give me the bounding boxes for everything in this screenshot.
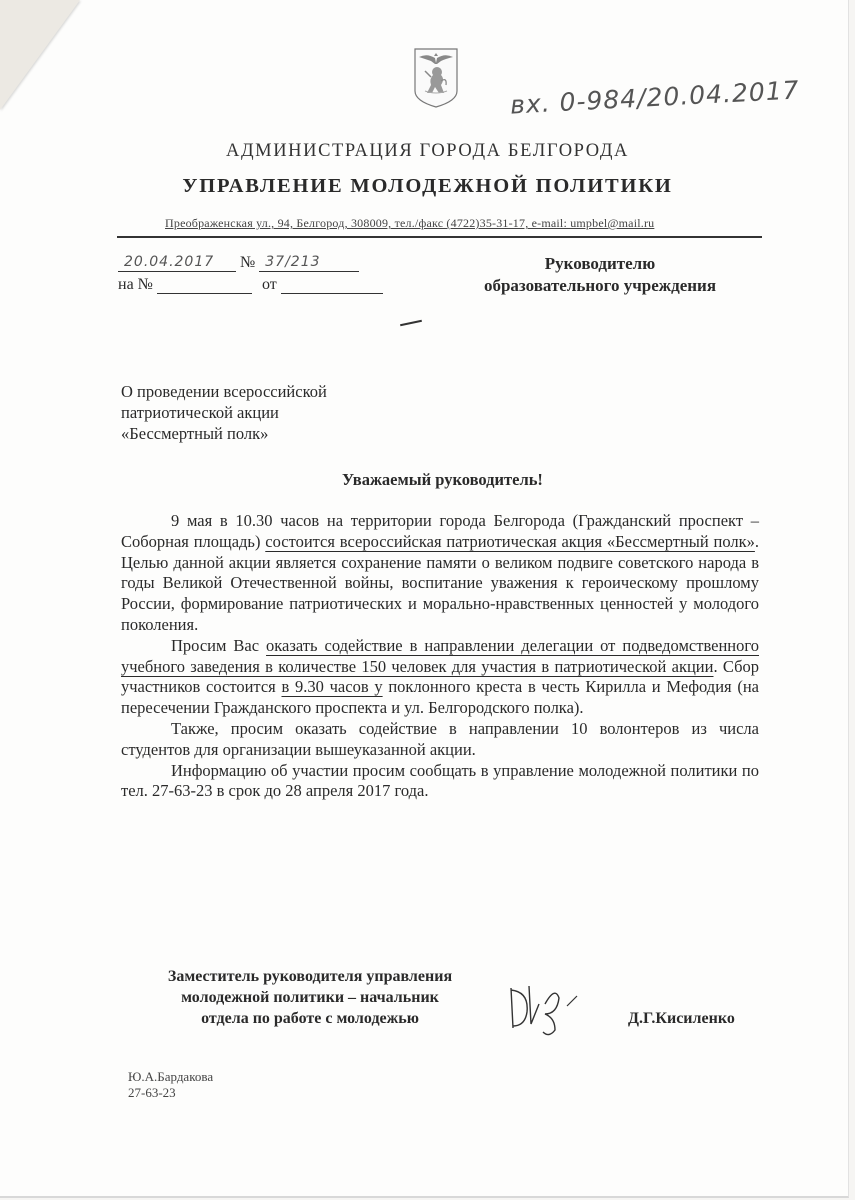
organization-name: АДМИНИСТРАЦИЯ ГОРОДА БЕЛГОРОДА (0, 141, 855, 162)
reply-to-date-field (281, 275, 383, 294)
incoming-registration-stamp: вх. 0-984/20.04.2017 (509, 75, 800, 119)
folded-corner (0, 0, 80, 110)
outgoing-number-field: 37/213 (259, 253, 359, 272)
letter-body: 9 мая в 10.30 часов на территории города… (121, 511, 759, 802)
subject-line-2: патриотической акции (121, 402, 327, 423)
signatory-title-line-1: Заместитель руководителя управления (140, 966, 480, 987)
executor-info: Ю.А.Бардакова 27-63-23 (128, 1069, 213, 1101)
pen-mark (400, 320, 422, 327)
outgoing-date-field: 20.04.2017 (118, 253, 236, 272)
reply-to-label: на № (118, 276, 153, 293)
paragraph-2: Просим Вас оказать содействие в направле… (121, 636, 759, 719)
reply-to-number-field (157, 275, 252, 294)
outgoing-date: 20.04.2017 (124, 254, 214, 270)
executor-phone: 27-63-23 (128, 1085, 213, 1101)
outgoing-number: 37/213 (265, 254, 320, 270)
greeting: Уважаемый руководитель! (0, 470, 855, 490)
subject-line-3: «Бессмертный полк» (121, 423, 327, 444)
letter-subject: О проведении всероссийской патриотическо… (121, 381, 327, 444)
addressee-line-2: образовательного учреждения (470, 275, 730, 297)
signatory-title: Заместитель руководителя управления моло… (140, 966, 480, 1029)
reply-to-row: на № от (118, 275, 383, 294)
addressee: Руководителю образовательного учреждения (470, 253, 730, 297)
executor-name: Ю.А.Бардакова (128, 1069, 213, 1085)
document-page: вх. 0-984/20.04.2017 АДМИНИСТРАЦИЯ ГОРОД… (0, 0, 849, 1198)
paragraph-3: Также, просим оказать содействие в напра… (121, 719, 759, 761)
paragraph-1: 9 мая в 10.30 часов на территории города… (121, 511, 759, 636)
number-label: № (240, 254, 255, 271)
signatory-name: Д.Г.Кисиленко (628, 1010, 735, 1028)
outgoing-number-row: 20.04.2017 № 37/213 (118, 253, 359, 272)
p2-underlined-2: в 9.30 часов у (281, 677, 382, 696)
subject-line-1: О проведении всероссийской (121, 381, 327, 402)
p2-text: Просим Вас (171, 636, 266, 655)
header-address: Преображенская ул., 94, Белгород, 308009… (165, 216, 654, 231)
signatory-title-line-3: отдела по работе с молодежью (140, 1008, 480, 1029)
p1-underlined: состоится всероссийская патриотическая а… (265, 532, 755, 551)
handwritten-signature-icon (505, 978, 585, 1038)
addressee-line-1: Руководителю (470, 253, 730, 275)
from-label: от (262, 276, 277, 293)
paragraph-4: Информацию об участии просим сообщать в … (121, 761, 759, 803)
signatory-title-line-2: молодежной политики – начальник (140, 987, 480, 1008)
coat-of-arms-icon (413, 47, 459, 109)
department-name: УПРАВЛЕНИЕ МОЛОДЕЖНОЙ ПОЛИТИКИ (0, 175, 855, 198)
